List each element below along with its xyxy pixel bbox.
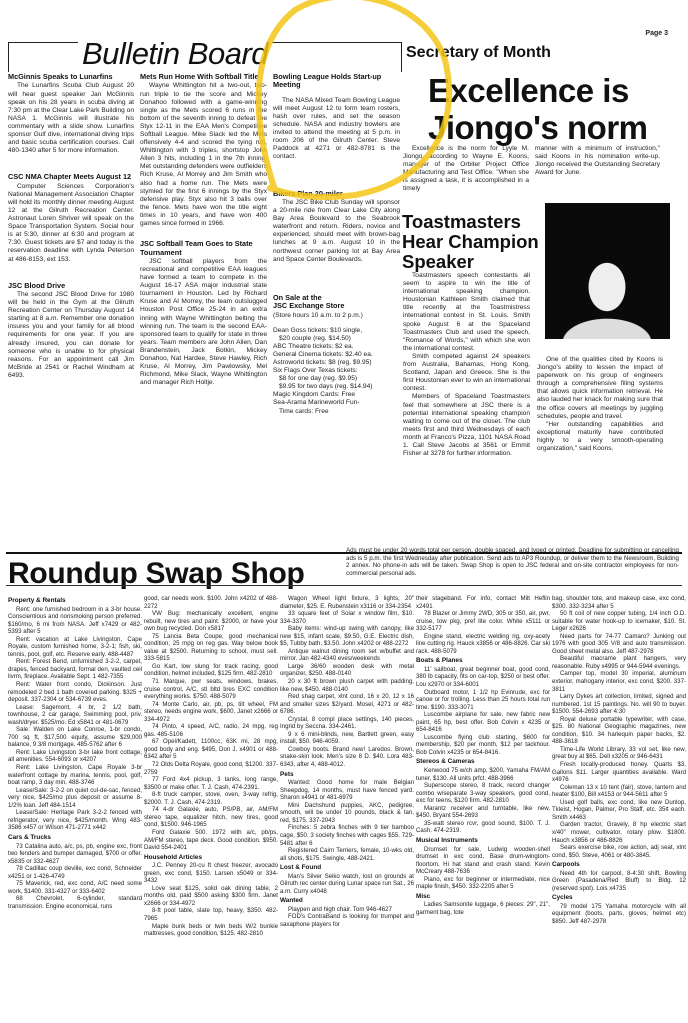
swap-ad: Rent: Forest Bend, unfurnished 3-2-2, ca… [8,658,142,681]
swap-ad: J.C. Penney 20-cu ft chest freezer, avoc… [144,862,278,885]
toastmasters-headline-line-2: Hear Champion [402,232,539,252]
exchange-item: Dean Goss tickets: $10 single, [273,327,400,335]
swap-ad: Rent: Lake Livingston, Cape Royale 3-br … [8,764,142,787]
swap-ad: 20 x 30 ft brown plush carpet with paddi… [280,678,414,693]
article-body: Computer Sciences Corporation's National… [8,183,134,264]
swap-ad: 11' sailboat, great beginner boat, good … [416,666,550,689]
swap-ad: 74 Monte Carlo, air, pb, ps, tilt wheel,… [144,701,278,724]
article-body: JSC softball players from the recreation… [140,258,267,388]
swap-ad: Drumset for sale, Ludwig wooden-shell dr… [416,846,550,876]
article-body: The NASA Mixed Team Bowling League will … [273,97,400,162]
swap-ad: Coleman 13 x 10 tent (fair), stove, lant… [552,784,686,799]
swap-ad: Lease/Sale: 3-2-2 on quiet cul-de-sac, f… [8,787,142,810]
swap-ad: Playpen and high chair. Tom 946-4627 [280,906,414,914]
article-mcginnis: McGinnis Speaks to Lunarfins The Lunarfi… [8,73,134,155]
swap-ad: 8-ft truck camper, stove, oven, 3-way re… [144,791,278,806]
swap-shop-title: Roundup Swap Shop [8,556,305,592]
article-softball-state: JSC Softball Team Goes to State Tourname… [140,240,267,387]
exchange-item: ABC Theatre tickets: $2 ea. [273,343,400,351]
swap-ad: 33 square feet of Solar x window film, $… [280,610,414,625]
swap-ad: Need 4th for carpool, 8-4:30 shift, Bowl… [552,870,686,893]
bulletin-column-3: Bowling League Holds Start-up Meeting Th… [273,73,400,416]
article-bikers: Bikers Plan 20-miler The JSC Bike Club S… [273,190,400,264]
exchange-item: Six Flags Over Texas tickets: [273,367,400,375]
swap-ad: Rent: one furnished bedroom in a 3-br ho… [8,606,142,636]
swap-category-heading: Wanted [280,897,414,905]
exchange-store: On Sale at the JSC Exchange Store (Store… [273,294,400,416]
swap-ad: 74 Pinto, 4 speed, A/C, radio, 24 mpg, r… [144,723,278,738]
swap-ad: Crystal, 8 compl place settings, 140 pie… [280,716,414,731]
swap-ad: Baby items: wind-up swing with canopy, l… [280,625,414,648]
article-csc-nma: CSC NMA Chapter Meets August 12 Computer… [8,173,134,263]
secretary-column-1: Excellence is the norm for Lyyle M. Jion… [403,145,529,194]
secretary-headline: Excellence is Jiongo's norm [428,72,648,146]
swap-category-heading: Cycles [552,894,686,902]
swap-ad: Registered Cairn Terriers, female, 10-wk… [280,847,414,862]
swap-ad: 75 Lancia Beta Coupe, good mechanical co… [144,633,278,663]
swap-ad-continued: their stageband. For info, contact Milt … [416,595,550,610]
secretary-column-2: manner with a minimum of instruction," s… [535,145,660,177]
swap-ad: Cowboy boots. Brand new! Laredos. Brown,… [280,746,414,769]
swap-category-heading: Boats & Planes [416,657,550,665]
swap-ad: Ford Galaxie 500. 1972 with a/c, pb/ps, … [144,829,278,852]
swap-ad: Royal deluxe portable typewriter, with c… [552,716,686,746]
swap-ad: Antique walnut dining room set w/buffet … [280,648,414,663]
bulletin-column-2: Mets Run Home With Softball Title Wayne … [140,73,267,387]
toastmasters-body: Smith competed against 24 speakers from … [403,353,530,393]
swap-ad: Rent: Water front condo, Dickinson. Just… [8,681,142,704]
swap-category-heading: Stereos & Cameras [416,758,550,766]
swap-ad: Wagon Wheel light fixture, 3 lights, 20"… [280,595,414,610]
exchange-headline-2: JSC Exchange Store [273,302,400,310]
exchange-item: Sea-Arama Marineworld Fun- [273,399,400,407]
swap-ad: Fresh locally-produced honey. Quarts $3,… [552,761,686,784]
exchange-item: Time cards: Free [273,408,400,416]
secretary-body: manner with a minimum of instruction," s… [535,145,660,177]
bulletin-column-1: McGinnis Speaks to Lunarfins The Lunarfi… [8,73,134,380]
swap-ad: 78 Blazer or Jimmy 2WD, 305 or 350, air,… [416,610,550,633]
swap-ad: Outboard motor, 1 1/2 hp Evinrude, exc f… [416,689,550,712]
swap-ad: 67 Opel/Kadett, 1100cc, 63K mi, 28 mpg, … [144,738,278,761]
swap-category-heading: Pets [280,771,414,779]
toastmasters-headline: Toastmasters Hear Champion Speaker [402,212,539,272]
swap-ad: Used golf balls, exc cond, like new Dunl… [552,799,686,822]
exchange-hours: (Store hours 10 a.m. to 2 p.m.) [273,312,400,320]
swap-ad: Luscombe flying club starting, $600 for … [416,734,550,757]
article-headline: JSC Softball Team Goes to State Tourname… [140,240,267,257]
swap-column-4: their stageband. For info, contact Milt … [416,595,550,916]
swap-category-heading: Carpools [552,861,686,869]
swap-category-heading: Cars & Trucks [8,834,142,842]
swap-ad: Rent: Lake Livingston 3-br lake front co… [8,749,142,764]
swap-category-heading: Lost & Found [280,864,414,872]
swap-ad: Marantz receiver and turntable, like new… [416,805,550,820]
article-headline: McGinnis Speaks to Lunarfins [8,73,134,81]
secretary-body: One of the qualities cited by Koons is J… [537,356,663,421]
swap-ad: Luscombe airplane for sale, new fabric n… [416,711,550,734]
swap-ad: 74 4-dr Galaxie, auto, PS/PB, air, AM/FM… [144,806,278,829]
toastmasters-body: Members of Spaceland Toastmasters feel t… [403,393,530,458]
swap-ad: 78 Cadillac coup deville, exc cond, Schn… [8,865,142,880]
exchange-item: Magic Kingdom Cards: Free [273,391,400,399]
swap-ad: FOD's ContraBand is looking for trumpet … [280,913,414,928]
swap-ad: 75 Maverick, red, exc cond, A/C need som… [8,880,142,895]
bulletin-board-title: Bulletin Board [78,38,272,70]
swap-ad: 50 ft coil of new copper tubing, 1/4 inc… [552,610,686,633]
swap-ad: Kenwood 75 w/ch amp, $200, Yamaha FM/AM … [416,767,550,782]
swap-ad: Man's Silver Seiko watch, lost on ground… [280,873,414,896]
swap-ad-continued: good, car needs work. $100. John x4202 o… [144,595,278,610]
toastmasters-body: Toastmasters speech contestants all seem… [403,272,530,353]
swap-ad: Piano, exc for beginner or intermediate,… [416,876,550,891]
swap-ad: Ladies Samsonite luggage, 6 pieces: 29",… [416,901,550,916]
swap-category-heading: Misc [416,893,550,901]
secretary-headline-line-1: Excellence is [428,72,648,109]
swap-ad: 72 Olds Delta Royale, good cond, $1200. … [144,761,278,776]
article-body: The JSC Bike Club Sunday will sponsor a … [273,199,400,264]
swap-ad: Sale: Walden on Lake Conroe, 1-br condo,… [8,726,142,749]
swap-ad: 71 Marque, pwr seats, windows, brakes, c… [144,678,278,701]
article-headline: Bowling League Holds Start-up Meeting [273,73,400,90]
article-headline: Bikers Plan 20-miler [273,190,400,198]
swap-ad: Lease/Sale: Heritage Park 3-2-2 fenced w… [8,809,142,832]
swap-ad: Love seat $125, solid oak dining table, … [144,885,278,908]
portrait-photo [545,203,670,339]
article-body: The Lunarfins Scuba Club August 20 will … [8,82,134,155]
exchange-item: $8 for one day (reg. $9.95) [273,375,400,383]
swap-ad: 35-watt stereo rcvr, good sound, $100. T… [416,820,550,835]
article-body: The second JSC Blood Drive for 1980 will… [8,291,134,380]
page-number: Page 3 [645,30,668,37]
article-headline: JSC Blood Drive [8,282,134,290]
article-blood-drive: JSC Blood Drive The second JSC Blood Dri… [8,282,134,380]
swap-ad: Engine stand, electric welding rig, oxy-… [416,633,550,656]
swap-ad: 8-ft pool table, slate top, heavy, $350.… [144,907,278,922]
swap-shop-rules: Ads must be under 20 words total per per… [346,547,679,577]
swap-column-2: good, car needs work. $100. John x4202 o… [144,595,278,938]
swap-ad: Mini Dachshund puppies, AKC, pedigree, s… [280,802,414,825]
swap-category-heading: Household Articles [144,854,278,862]
swap-ad: Red shag carpet, xlnt cond, 16 x 20, 12 … [280,693,414,716]
swap-ad: 9 x 6 mini-blinds, new, Bartlett green, … [280,731,414,746]
exchange-item: Astroworld tickets: $8 (reg. $9.95) [273,359,400,367]
toastmasters-headline-line-3: Speaker [402,252,539,272]
swap-ad: Lease: Sagemont, 4 br, 2 1/2 bath, townh… [8,704,142,727]
swap-shop-divider [6,585,682,586]
article-headline: CSC NMA Chapter Meets August 12 [8,173,134,181]
article-mets: Mets Run Home With Softball Title Wayne … [140,73,267,228]
swap-column-3: Wagon Wheel light fixture, 3 lights, 20"… [280,595,414,929]
toastmasters-column: Toastmasters speech contestants all seem… [403,272,530,458]
toastmasters-headline-line-1: Toastmasters [402,212,539,232]
secretary-column-3: One of the qualities cited by Koons is J… [537,356,663,453]
secretary-headline-line-2: Jiongo's norm [428,109,648,146]
article-body: Wayne Whittington hit a two-out, two-run… [140,82,267,228]
secretary-body: "Her outstanding capabilities and except… [537,421,663,453]
section-head-secretary: Secretary of Month [406,44,551,62]
swap-column-1: Property & RentalsRent: one furnished be… [8,595,142,910]
swap-ad: Camper top, model 30 imperial, aluminum … [552,670,686,693]
swap-category-heading: Property & Rentals [8,597,142,605]
swap-column-5: bag, shoulder tote, and makeup case, exc… [552,595,686,926]
swap-ad: 77 Ford 4x4 pickup, 3 tanks, long range,… [144,776,278,791]
article-bowling: Bowling League Holds Start-up Meeting Th… [273,73,400,162]
swap-ad: Finches: 5 zebra finches with 9 tier bam… [280,824,414,847]
swap-ad: Go Kart, low slung for track racing, goo… [144,663,278,678]
swap-ad: Garden tractor, Gravely, 8 hp electric s… [552,821,686,844]
article-headline: Mets Run Home With Softball Title [140,73,267,81]
swap-category-heading: Musical Instruments [416,837,550,845]
swap-ad: Larry Dykes art collection, limited, sig… [552,693,686,716]
swap-ad: VW Bug: mechanically excellent, engine r… [144,610,278,633]
swap-ad: Maple bunk beds or twin beds W/2 bunkie … [144,923,278,938]
swap-ad: Beautiful macrame plant hangers, very re… [552,655,686,670]
swap-ad: Sears exercise bike, row action, adj sea… [552,844,686,859]
secretary-body: Excellence is the norm for Lyyle M. Jion… [403,145,529,194]
swap-ad-continued: bag, shoulder tote, and makeup case, exc… [552,595,686,610]
exchange-item: $20 couple (reg. $14.50) [273,335,400,343]
swap-ad: Wanted: Good home for male Belgian Sheep… [280,779,414,802]
swap-ad: Rent: vacation at Lake Livingston, Cape … [8,636,142,659]
swap-ad: Time-Life World Library, 33 vol set, lik… [552,746,686,761]
swap-ad: Large 36/60 wooden desk with metal organ… [280,663,414,678]
swap-ad: 79 model 175 Yamaha motorcycle with all … [552,903,686,926]
swap-ad: Superscope stereo, 8 track, record chang… [416,782,550,805]
swap-ad: Need parts for 74-77 Camaro? Junking out… [552,633,686,656]
exchange-item: General Cinema tickets: $2.40 ea. [273,351,400,359]
swap-ad: 68 Chevrolet, 6-cylinder, standard trans… [8,895,142,910]
exchange-item: $9.95 for two days (reg. $14.94) [273,383,400,391]
swap-ad: 73 Catalina auto, a/c, ps, pb, engine ex… [8,843,142,866]
